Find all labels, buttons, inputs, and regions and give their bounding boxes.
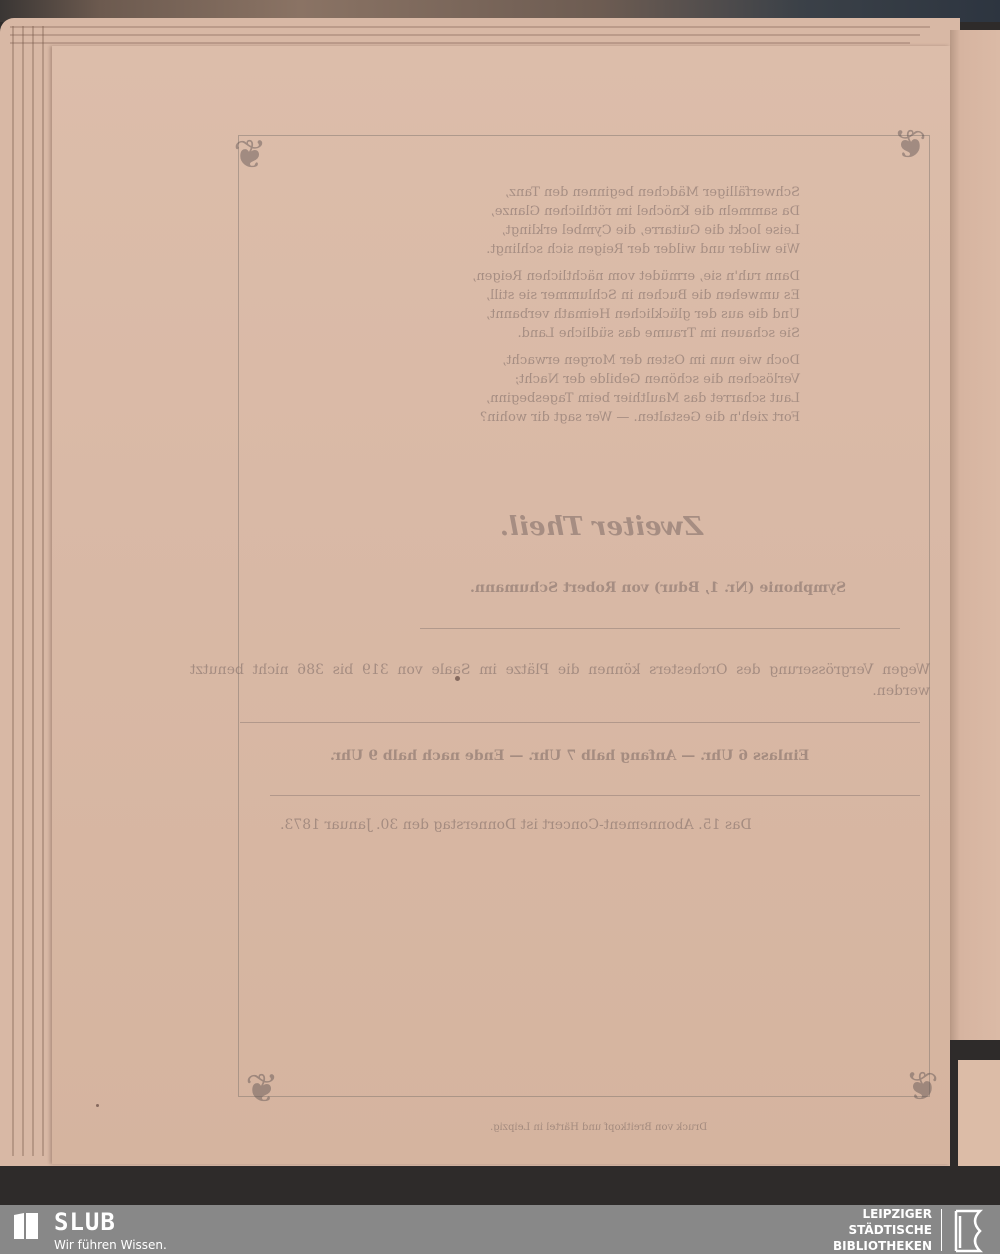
program-item: Symphonie (Nr. 1, Bdur) von Robert Schum… bbox=[470, 580, 846, 596]
lsb-logo-text: LEIPZIGER STÄDTISCHE BIBLIOTHEKEN bbox=[833, 1206, 932, 1254]
lsb-line: STÄDTISCHE bbox=[833, 1222, 932, 1238]
page-edge-line bbox=[32, 26, 34, 1156]
table-background bbox=[0, 1166, 1000, 1205]
slub-tagline: Wir führen Wissen. bbox=[54, 1238, 167, 1252]
poem-line: Und die aus der glücklichen Heimath verb… bbox=[380, 305, 800, 324]
page-edge-line bbox=[10, 34, 920, 36]
corner-ornament-icon: ❦ bbox=[892, 1060, 952, 1115]
repository-footer: SLUB Wir führen Wissen. LEIPZIGER STÄDTI… bbox=[0, 1205, 1000, 1254]
poem-line: Dann ruh'n sie, ermüdet vom nächtlichen … bbox=[380, 267, 800, 286]
logo-divider bbox=[941, 1209, 942, 1251]
poem-line: Da sammeln die Knöchel im röthlichen Gla… bbox=[380, 202, 800, 221]
lsb-line: BIBLIOTHEKEN bbox=[833, 1238, 932, 1254]
lsb-line: LEIPZIGER bbox=[833, 1206, 932, 1222]
page-edge-line bbox=[10, 42, 910, 44]
slub-logo-text: SLUB bbox=[54, 1208, 116, 1236]
next-concert-note: Das 15. Abonnement-Concert ist Donnersta… bbox=[280, 817, 752, 833]
page-edge-line bbox=[22, 26, 24, 1156]
facing-page-edge bbox=[950, 30, 1000, 1040]
page-edge-line bbox=[10, 26, 930, 28]
divider bbox=[420, 628, 900, 629]
poem-line: Verlöschen die schönen Gebilde der Nacht… bbox=[380, 370, 800, 389]
poem-line: Schwerfälliger Mädchen beginnen den Tanz… bbox=[380, 183, 800, 202]
lsb-book-icon bbox=[950, 1208, 990, 1254]
poem-line: Leise lockt die Guitarre, die Cymbel erk… bbox=[380, 221, 800, 240]
corner-ornament-icon: ❦ bbox=[220, 128, 280, 183]
poem-line: Es umwehen die Buchen in Schlummer sie s… bbox=[380, 286, 800, 305]
poem-line: Wie wilder und wilder der Reigen sich sc… bbox=[380, 240, 800, 259]
divider bbox=[240, 722, 920, 723]
poem-stanza: Schwerfälliger Mädchen beginnen den Tanz… bbox=[380, 183, 800, 259]
poem-line: Fort zieh'n die Gestalten. — Wer sagt di… bbox=[380, 408, 800, 427]
poem-line: Laut scharret das Maulthier beim Tagesbe… bbox=[380, 389, 800, 408]
slub-book-icon bbox=[12, 1211, 40, 1241]
poem-stanza: Doch wie nun im Osten der Morgen erwacht… bbox=[380, 351, 800, 427]
poem-line: Doch wie nun im Osten der Morgen erwacht… bbox=[380, 351, 800, 370]
divider bbox=[270, 795, 920, 796]
poem-bleedthrough: Schwerfälliger Mädchen beginnen den Tanz… bbox=[380, 183, 800, 435]
poem-line: Sie schauen im Traume das südliche Land. bbox=[380, 324, 800, 343]
scanned-page: ❦ ❦ ❦ ❦ Schwerfälliger Mädchen beginnen … bbox=[0, 0, 1000, 1205]
paper-spot bbox=[455, 676, 460, 681]
poem-stanza: Dann ruh'n sie, ermüdet vom nächtlichen … bbox=[380, 267, 800, 343]
section-heading: Zweiter Theil. bbox=[500, 512, 703, 542]
page-edge-line bbox=[42, 26, 44, 1156]
corner-ornament-icon: ❦ bbox=[232, 1062, 292, 1117]
seating-note: Wegen Vergrösserung des Orchesters könne… bbox=[190, 660, 930, 702]
paper-spot bbox=[96, 1104, 99, 1107]
corner-ornament-icon: ❦ bbox=[880, 118, 940, 173]
printer-line: Druck von Breitkopf und Härtel in Leipzi… bbox=[490, 1122, 707, 1133]
page-edge-line bbox=[12, 26, 14, 1156]
concert-times: Einlass 6 Uhr. — Anfang halb 7 Uhr. — En… bbox=[330, 748, 809, 764]
